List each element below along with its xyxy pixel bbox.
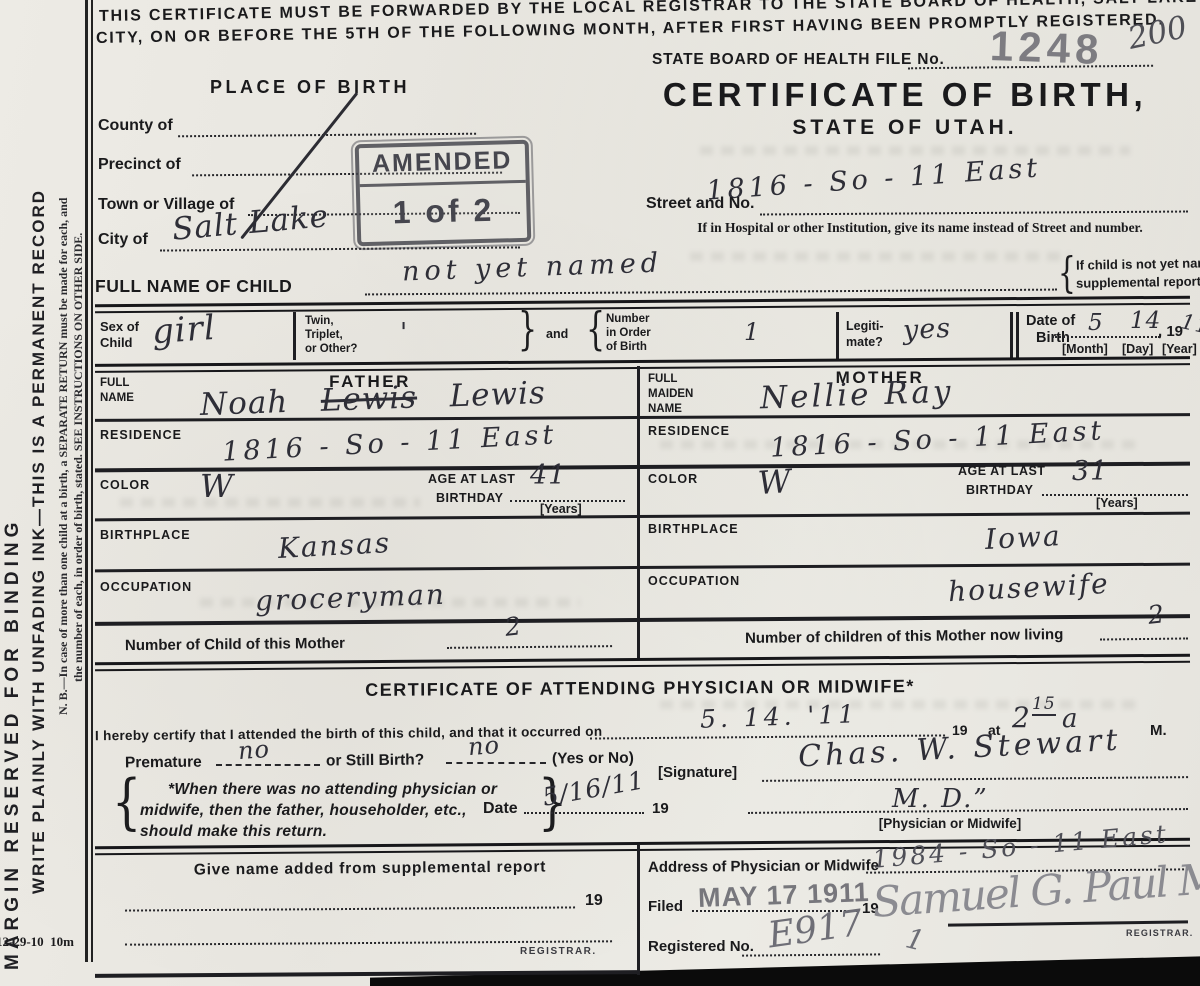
section-rule: [95, 356, 1190, 373]
certify-label: I hereby certify that I attended the bir…: [95, 724, 602, 743]
mother-color-value: W: [757, 465, 793, 499]
meridiem-label: M.: [1150, 722, 1167, 739]
physician-note-line1: *When there was no attending physician o…: [140, 780, 497, 801]
dob-month: 5: [1088, 312, 1104, 335]
md-line: [748, 794, 1188, 814]
row-divider: [293, 312, 296, 360]
precinct-label: Precinct of: [98, 156, 181, 174]
street-line: [760, 193, 1188, 216]
section-rule: [95, 296, 1190, 314]
twin-value: ': [400, 320, 408, 346]
sex-label-line2: Child: [100, 335, 139, 351]
mother-color-label: COLOR: [648, 472, 698, 486]
father-years-bracket: [Years]: [540, 502, 582, 516]
sex-label: Sex of Child: [100, 319, 139, 352]
order-label-line3: of Birth: [606, 341, 651, 355]
child-note-line2: supplemental report as directed: [1076, 272, 1200, 290]
form-qty: 10m: [50, 934, 74, 949]
father-color-value: W: [200, 470, 234, 502]
file-no-pencil: 200: [1125, 12, 1189, 55]
supplemental-line: [125, 892, 575, 911]
stray-pencil-mark: 1: [903, 924, 927, 955]
legitimate-value: yes: [902, 315, 951, 344]
date-label: Date: [483, 800, 518, 818]
twin-label-line2: Triplet,: [305, 329, 357, 343]
supplemental-label: Give name added from supplemental report: [130, 858, 610, 880]
father-label-name: NAME: [100, 391, 134, 406]
margin-plainly-text: WRITE PLAINLY WITH UNFADING INK—THIS IS …: [29, 124, 49, 894]
bleed-through-smudge: [120, 498, 420, 507]
section-rule: [95, 654, 1190, 672]
registered-label: Registered No.: [648, 938, 754, 955]
child-note-line1: If child is not yet named, make: [1076, 254, 1200, 272]
mother-birthplace-value: Iowa: [984, 522, 1062, 554]
count-right-label: Number of children of this Mother now li…: [745, 626, 1064, 647]
father-color-label: COLOR: [100, 478, 150, 492]
order-label-line2: in Order: [606, 327, 651, 341]
signature-bracket: [Signature]: [658, 764, 737, 781]
physician-title: CERTIFICATE OF ATTENDING PHYSICIAN OR MI…: [240, 675, 1040, 702]
amended-stamp-line1: AMENDED: [359, 144, 526, 187]
and-label: and: [546, 327, 568, 341]
margin-binding-text: MARGIN RESERVED FOR BINDING: [2, 540, 24, 970]
parents-center-divider: [637, 366, 640, 660]
amended-stamp-line2: 1 of 2: [360, 183, 527, 232]
father-struck-name: Lewis: [320, 379, 417, 418]
file-no-stamp: 1248: [989, 22, 1104, 74]
child-name-label: FULL NAME OF CHILD: [95, 276, 292, 297]
bottom-center-divider: [637, 845, 640, 975]
mother-age-line: [1042, 482, 1188, 496]
mother-age-value: 31: [1072, 458, 1108, 485]
count-left-line: [447, 631, 612, 649]
count-right-value: 2: [1147, 601, 1166, 628]
father-last-name: Lewis: [449, 375, 546, 414]
certificate-title: CERTIFICATE OF BIRTH,: [615, 76, 1195, 114]
margin-nb-line2: the number of each, in order of birth, s…: [71, 162, 86, 682]
address-label: Address of Physician or Midwife: [648, 857, 879, 876]
time-minutes: 15: [1032, 696, 1056, 716]
registrar-line: [125, 926, 612, 945]
page-left-border-inner: [91, 0, 93, 962]
occurred-value: 5. 14. '11: [700, 701, 859, 732]
county-line: [178, 115, 476, 138]
father-occupation-value: groceryman: [255, 581, 447, 616]
count-left-label: Number of Child of this Mother: [125, 635, 345, 654]
note-brace-open: {: [112, 766, 141, 836]
father-name-value: Noah Lewis Lewis: [200, 378, 547, 421]
row-divider: [836, 312, 839, 360]
mother-residence-value: 1816 - So - 11 East: [770, 417, 1106, 462]
registrar-small-label: REGISTRAR.: [520, 946, 597, 957]
sex-value: girl: [151, 311, 217, 349]
registrar-small-label-2: REGISTRAR.: [1126, 928, 1194, 938]
physician-note: *When there was no attending physician o…: [140, 780, 497, 843]
supplemental-brace: {: [1058, 248, 1076, 298]
mother-label-maiden: MAIDEN: [648, 387, 693, 402]
father-birthplace-value: Kansas: [277, 529, 391, 563]
bleed-through-smudge: [700, 146, 1130, 155]
order-brace-open: {: [586, 303, 605, 356]
mother-residence-label: RESIDENCE: [648, 424, 730, 438]
father-label-full: FULL: [100, 376, 134, 391]
legitimate-label: Legiti- mate?: [846, 319, 884, 350]
mother-occupation-value: housewife: [947, 570, 1110, 606]
father-age-label: AGE AT LAST BIRTHDAY: [428, 470, 515, 508]
hospital-note: If in Hospital or other Institution, giv…: [640, 220, 1200, 236]
twin-label: Twin, Triplet, or Other?: [305, 315, 357, 356]
father-age-label-line2: BIRTHDAY: [428, 489, 515, 508]
margin-nb-line1: N. B.—In case of more than one child at …: [56, 140, 71, 715]
city-label: City of: [98, 231, 148, 249]
row-line: [95, 512, 1190, 521]
physician-note-line3: should make this return.: [140, 822, 497, 843]
father-residence-label: RESIDENCE: [100, 428, 182, 442]
birth-certificate-scan: MARGIN RESERVED FOR BINDING WRITE PLAINL…: [0, 0, 1200, 986]
father-residence-value: 1816 - So - 11 East: [222, 421, 558, 466]
mother-age-label-line1: AGE AT LAST: [958, 462, 1045, 481]
row-divider: [1016, 312, 1019, 360]
file-no-label: STATE BOARD OF HEALTH FILE No.: [652, 51, 945, 69]
legitimate-label-line2: mate?: [846, 335, 884, 351]
count-right-line: [1100, 623, 1188, 640]
certificate-subtitle: STATE OF UTAH.: [615, 116, 1195, 140]
dob-day: 14: [1130, 310, 1161, 333]
father-age-label-line1: AGE AT LAST: [428, 470, 515, 489]
month-bracket: [Month]: [1062, 342, 1108, 356]
mother-name-value: Nellie Ray: [760, 377, 954, 415]
order-value: 1: [744, 320, 760, 344]
supplemental-nineteen: 19: [585, 892, 603, 910]
and-brace-close: }: [518, 303, 537, 356]
amended-stamp: AMENDED 1 of 2: [355, 140, 532, 247]
stillbirth-label: or Still Birth?: [326, 751, 424, 770]
premature-value: no: [237, 737, 271, 763]
physician-note-line2: midwife, then the father, householder, e…: [140, 801, 497, 822]
father-name-label: FULL NAME: [100, 376, 134, 406]
county-label: County of: [98, 117, 173, 135]
row-divider: [1010, 312, 1013, 360]
father-occupation-label: OCCUPATION: [100, 580, 192, 594]
father-age-line: [510, 488, 625, 502]
stillbirth-value: no: [467, 733, 501, 759]
mother-label-name: NAME: [648, 402, 693, 417]
mother-age-label-line2: BIRTHDAY: [958, 481, 1045, 500]
form-code: 12-29-10 10m: [0, 934, 74, 950]
order-label: Number in Order of Birth: [606, 313, 651, 354]
mother-years-bracket: [Years]: [1096, 496, 1138, 510]
sex-label-line1: Sex of: [100, 319, 139, 335]
father-age-value: 41: [530, 462, 566, 489]
mother-label-full: FULL: [648, 372, 693, 387]
year-bracket: [Year]: [1162, 342, 1197, 356]
physician-bracket: [Physician or Midwife]: [820, 816, 1080, 831]
mother-age-label: AGE AT LAST BIRTHDAY: [958, 462, 1045, 500]
place-of-birth-title: PLACE OF BIRTH: [150, 77, 470, 98]
form-code-number: 12-29-10: [0, 934, 44, 949]
mother-birthplace-label: BIRTHPLACE: [648, 522, 739, 536]
filed-label: Filed: [648, 898, 683, 915]
legitimate-label-line1: Legiti-: [846, 319, 884, 335]
day-bracket: [Day]: [1122, 342, 1153, 356]
twin-label-line3: or Other?: [305, 343, 357, 357]
twin-label-line1: Twin,: [305, 315, 357, 329]
registrar-signature-line: [948, 920, 1188, 926]
mother-name-label: FULL MAIDEN NAME: [648, 372, 693, 417]
father-birthplace-label: BIRTHPLACE: [100, 528, 191, 542]
date-nineteen: 19: [652, 800, 669, 817]
count-left-value: 2: [504, 613, 523, 640]
order-label-line1: Number: [606, 313, 651, 327]
bleed-through-smudge: [690, 252, 1070, 261]
mother-occupation-label: OCCUPATION: [648, 574, 740, 588]
street-label: Street and No.: [646, 195, 754, 213]
